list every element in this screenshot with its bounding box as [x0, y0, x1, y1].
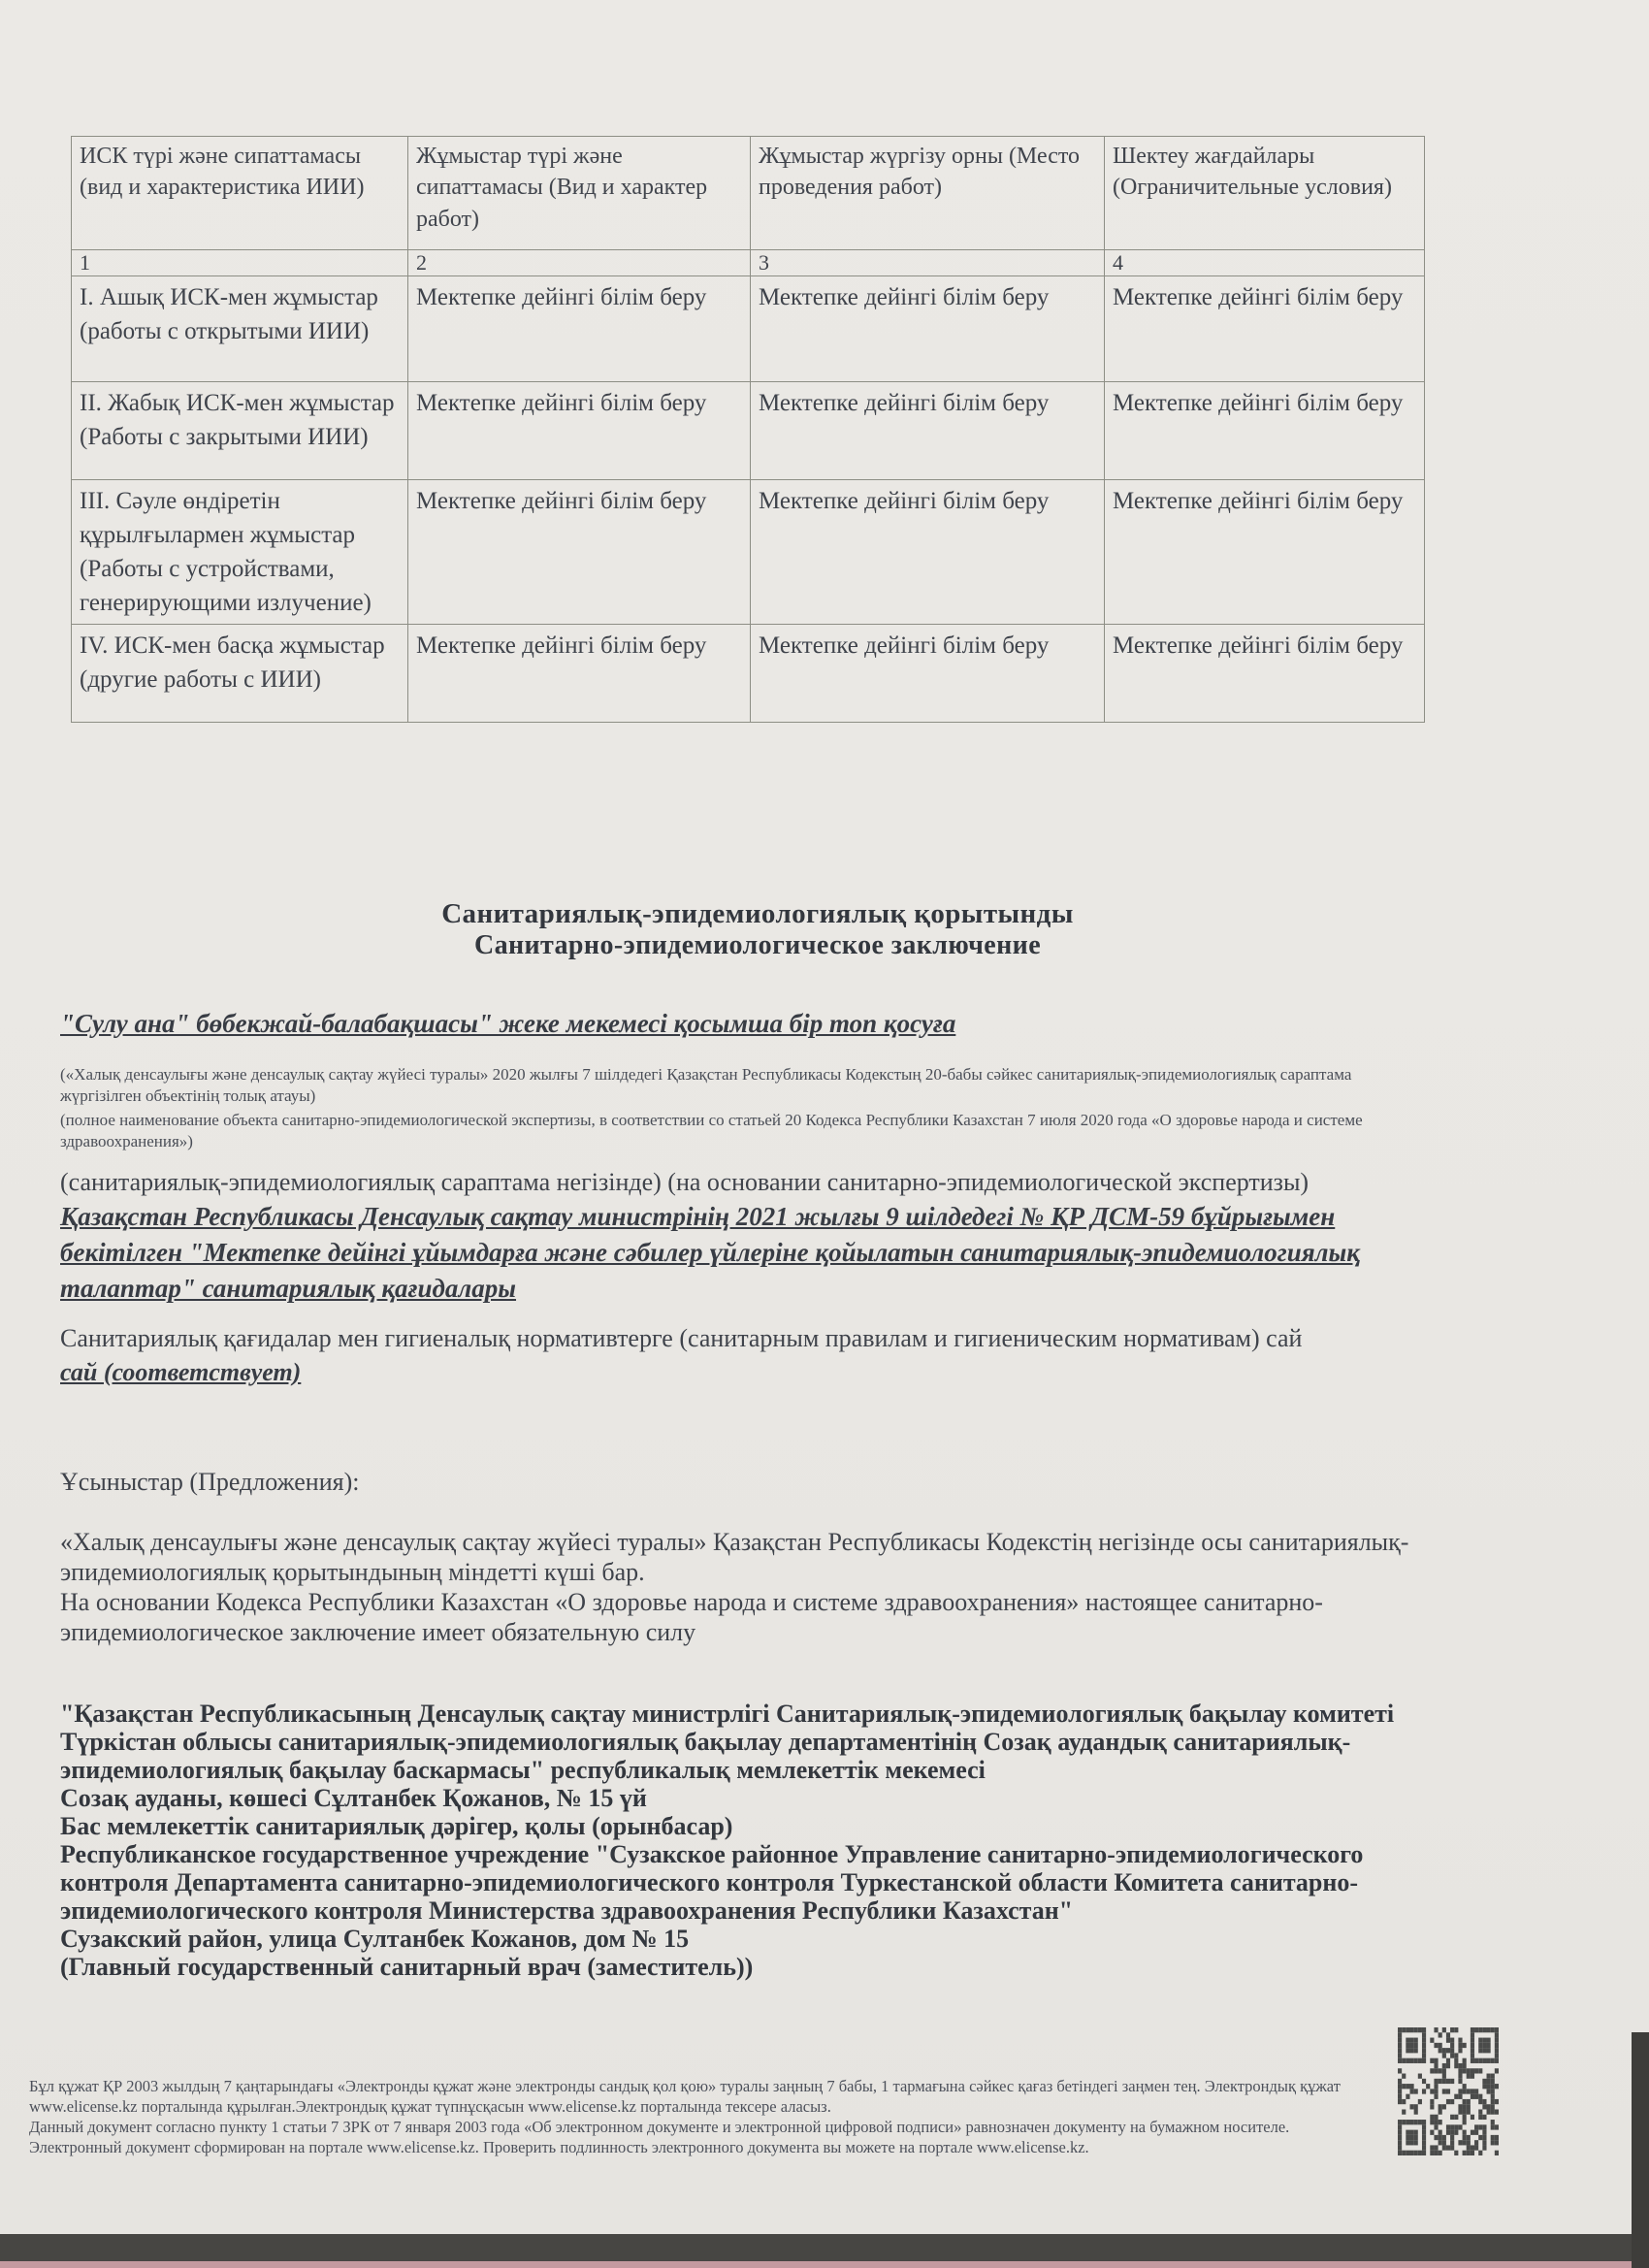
table-cell: Мектепке дейінгі білім беру	[751, 276, 1105, 382]
row-label: IV. ИСК-мен басқа жұмыстар (другие работ…	[72, 625, 408, 723]
row-label: I. Ашық ИСК-мен жұмыстар (работы с откры…	[72, 276, 408, 382]
authority-address-ru: Сузакский район, улица Султанбек Кожанов…	[60, 1925, 1465, 1953]
table-cell: Мектепке дейінгі білім беру	[408, 625, 751, 723]
scan-edge-bottom	[0, 2234, 1649, 2261]
conformity-verdict: сай (соответствует)	[60, 1355, 1462, 1389]
scan-edge-pink	[0, 2261, 1649, 2268]
table-cell: Мектепке дейінгі білім беру	[408, 382, 751, 480]
mandatory-force-kk: «Халық денсаулығы және денсаулық сақтау …	[60, 1527, 1467, 1587]
qr-code-icon	[1398, 2027, 1499, 2155]
table-row: II. Жабық ИСК-мен жұмыстар (Работы с зак…	[72, 382, 1425, 480]
table-cell: Мектепке дейінгі білім беру	[1105, 480, 1425, 625]
radiation-works-table: ИСК түрі және сипаттамасы (вид и характе…	[71, 136, 1425, 723]
object-name-note: («Халық денсаулығы және денсаулық сақтау…	[60, 1064, 1394, 1155]
table-cell: Мектепке дейінгі білім беру	[1105, 382, 1425, 480]
row-label: III. Сәуле өндіретін құрылғылармен жұмыс…	[72, 480, 408, 625]
table-cell: Мектепке дейінгі білім беру	[1105, 276, 1425, 382]
table-header-type: ИСК түрі және сипаттамасы (вид и характе…	[72, 137, 408, 250]
table-header-row: ИСК түрі және сипаттамасы (вид и характе…	[72, 137, 1425, 250]
legal-footer-ru: Данный документ согласно пункту 1 статьи…	[29, 2117, 1385, 2157]
authority-address-kk: Созақ ауданы, көшесі Сұлтанбек Қожанов, …	[60, 1784, 1465, 1812]
expertise-basis: (санитариялық-эпидемиологиялық сараптама…	[60, 1166, 1462, 1307]
document-title-kk: Санитариялық-эпидемиологиялық қорытынды	[73, 898, 1442, 930]
row-label: II. Жабық ИСК-мен жұмыстар (Работы с зак…	[72, 382, 408, 480]
authority-name-ru: Республиканское государственное учрежден…	[60, 1840, 1465, 1925]
col-number: 2	[408, 250, 751, 276]
object-name-note-kk: («Халық денсаулығы және денсаулық сақтау…	[60, 1064, 1394, 1107]
col-number: 3	[751, 250, 1105, 276]
table-number-row: 1 2 3 4	[72, 250, 1425, 276]
table-cell: Мектепке дейінгі білім беру	[408, 276, 751, 382]
table-header-work-place: Жұмыстар жүргізу орны (Место проведения …	[751, 137, 1105, 250]
authority-signer-kk: Бас мемлекеттік санитариялық дәрігер, қо…	[60, 1812, 1465, 1840]
conformity-block: Санитариялық қағидалар мен гигиеналық но…	[60, 1321, 1462, 1389]
scan-edge-right	[1632, 2032, 1649, 2268]
sanitary-rules-order: Қазақстан Республикасы Денсаулық сақтау …	[60, 1199, 1462, 1307]
document-title-ru: Санитарно-эпидемиологическое заключение	[73, 930, 1442, 961]
legal-footer: Бұл құжат ҚР 2003 жылдың 7 қаңтарындағы …	[29, 2076, 1385, 2157]
authority-signer-ru: (Главный государственный санитарный врач…	[60, 1953, 1465, 1981]
mandatory-force-block: «Халық денсаулығы және денсаулық сақтау …	[60, 1527, 1467, 1647]
authority-name-kk: "Қазақстан Республикасының Денсаулық сақ…	[60, 1700, 1465, 1784]
proposals-label: Ұсыныстар (Предложения):	[60, 1468, 933, 1497]
scanned-document-page: ИСК түрі және сипаттамасы (вид и характе…	[0, 0, 1649, 2268]
table-cell: Мектепке дейінгі білім беру	[751, 480, 1105, 625]
table-cell: Мектепке дейінгі білім беру	[751, 382, 1105, 480]
legal-footer-kk: Бұл құжат ҚР 2003 жылдың 7 қаңтарындағы …	[29, 2076, 1385, 2117]
col-number: 4	[1105, 250, 1425, 276]
table-cell: Мектепке дейінгі білім беру	[1105, 625, 1425, 723]
table-row: I. Ашық ИСК-мен жұмыстар (работы с откры…	[72, 276, 1425, 382]
col-number: 1	[72, 250, 408, 276]
issuing-authority-block: "Қазақстан Республикасының Денсаулық сақ…	[60, 1700, 1465, 1981]
object-name: "Сулу ана" бөбекжай-балабақшасы" жеке ме…	[60, 1009, 1457, 1039]
table-cell: Мектепке дейінгі білім беру	[751, 625, 1105, 723]
table-cell: Мектепке дейінгі білім беру	[408, 480, 751, 625]
table-header-restrictions: Шектеу жағдайлары (Ограничительные услов…	[1105, 137, 1425, 250]
mandatory-force-ru: На основании Кодекса Республики Казахста…	[60, 1587, 1467, 1647]
expertise-basis-intro: (санитариялық-эпидемиологиялық сараптама…	[60, 1168, 1309, 1196]
table-row: III. Сәуле өндіретін құрылғылармен жұмыс…	[72, 480, 1425, 625]
table-row: IV. ИСК-мен басқа жұмыстар (другие работ…	[72, 625, 1425, 723]
qr-code	[1398, 2027, 1499, 2155]
object-name-note-ru: (полное наименование объекта санитарно-э…	[60, 1110, 1394, 1152]
conformity-statement: Санитариялық қағидалар мен гигиеналық но…	[60, 1321, 1462, 1355]
table-header-work-kind: Жұмыстар түрі және сипаттамасы (Вид и ха…	[408, 137, 751, 250]
